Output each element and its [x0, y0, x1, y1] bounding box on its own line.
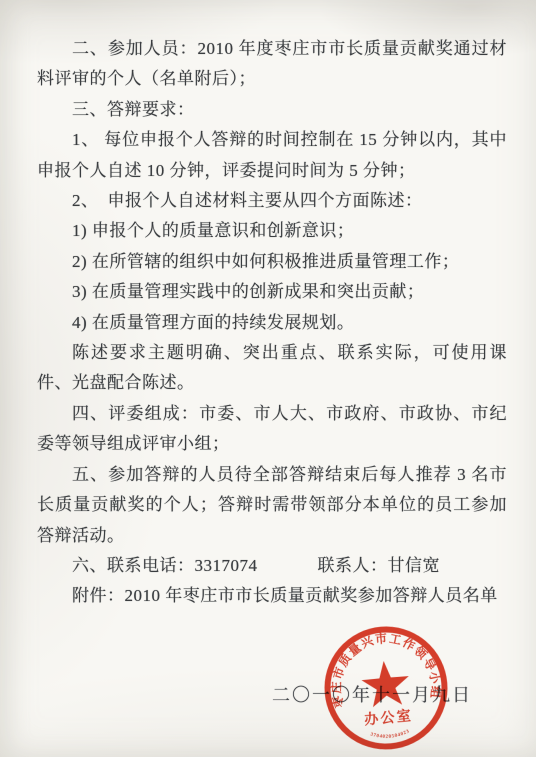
paragraph-aspect-1: 1) 申报个人的质量意识和创新意识； [37, 216, 507, 246]
star-icon [360, 659, 411, 708]
official-seal: 枣庄市质量兴市工作领导小组 办公室 3704020504023 [316, 618, 457, 757]
seal-office-text: 办公室 [364, 707, 414, 728]
scanned-document-page: 二、参加人员：2010 年度枣庄市市长质量贡献奖通过材料评审的个人（名单附后）；… [0, 0, 536, 757]
document-body: 二、参加人员：2010 年度枣庄市市长质量贡献奖通过材料评审的个人（名单附后）；… [37, 34, 507, 612]
contact-phone-number: 3317074 [195, 556, 258, 575]
attachment-line: 附件：2010 年枣庄市市长质量贡献奖参加答辩人员名单 [37, 581, 507, 611]
contact-person-name: 甘信宽 [388, 556, 441, 575]
paragraph-statement-aspects: 2、 申报个人自述材料主要从四个方面陈述： [37, 186, 507, 216]
paragraph-aspect-2: 2) 在所管辖的组织中如何积极推进质量管理工作； [37, 247, 507, 277]
paragraph-time-limit: 1、 每位申报个人答辩的时间控制在 15 分钟以内，其中申报个人自述 10 分钟… [37, 125, 507, 186]
paragraph-statement-style: 陈述要求主题明确、突出重点、联系实际，可使用课件、光盘配合陈述。 [37, 338, 507, 399]
seal-code-holder: 3704020504023 [369, 729, 411, 741]
paragraph-jury-composition: 四、评委组成：市委、市人大、市政府、市政协、市纪委等领导组成评审小组； [37, 399, 507, 460]
contact-person-label: 联系人： [318, 556, 388, 575]
seal-code: 3704020504023 [369, 729, 411, 741]
paragraph-aspect-4: 4) 在质量管理方面的持续发展规划。 [37, 308, 507, 338]
paragraph-recommendation: 五、参加答辩的人员待全部答辩结束后每人推荐 3 名市长质量贡献奖的个人；答辩时需… [37, 460, 507, 551]
contact-phone-label: 六、联系电话： [72, 556, 195, 575]
paragraph-participants: 二、参加人员：2010 年度枣庄市市长质量贡献奖通过材料评审的个人（名单附后）； [37, 34, 507, 95]
contact-line: 六、联系电话：3317074联系人：甘信宽 [37, 551, 507, 581]
paragraph-aspect-3: 3) 在质量管理实践中的创新成果和突出贡献； [37, 277, 507, 307]
paragraph-defense-requirements-heading: 三、答辩要求： [37, 95, 507, 125]
